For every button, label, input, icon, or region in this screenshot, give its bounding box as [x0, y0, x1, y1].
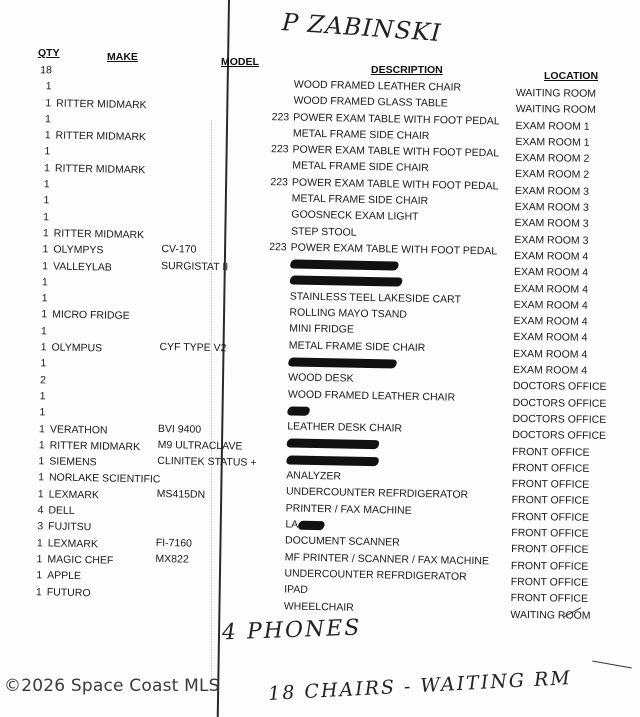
- item-number: 223: [265, 239, 287, 256]
- model-value: [156, 518, 255, 536]
- description-text: ROLLING MAYO TSAND: [289, 307, 407, 321]
- qty-value: 1: [26, 258, 48, 275]
- location-value: FRONT OFFICE: [511, 558, 605, 575]
- location-value: WAITING ROOM: [516, 101, 610, 118]
- model-value: [155, 567, 254, 585]
- qty-value: 1: [26, 241, 48, 258]
- qty-value: 1: [29, 111, 51, 128]
- location-value: EXAM ROOM 4: [514, 264, 608, 281]
- qty-value: 3: [21, 518, 43, 535]
- description-text: UNDERCOUNTER REFRDIGERATOR: [284, 567, 466, 582]
- location-value: FRONT OFFICE: [512, 444, 606, 461]
- model-value: CV-170: [161, 241, 260, 259]
- qty-value: 18: [30, 62, 52, 79]
- description-text: METAL FRAME SIDE CHAIR: [293, 127, 430, 142]
- make-value: RITTER MIDMARK: [54, 227, 145, 241]
- model-value: [164, 95, 263, 113]
- description-text: UNDERCOUNTER REFRDIGERATOR: [286, 486, 468, 501]
- qty-value: 1: [23, 388, 45, 405]
- location-value: EXAM ROOM 3: [515, 183, 609, 200]
- model-value: [160, 306, 259, 324]
- header-make: MAKE: [107, 51, 138, 63]
- make-value: RITTER MIDMARK: [50, 439, 141, 453]
- model-value: [159, 372, 258, 390]
- location-value: EXAM ROOM 4: [513, 313, 607, 330]
- item-number: 223: [266, 141, 288, 158]
- location-value: EXAM ROOM 2: [515, 150, 609, 167]
- qty-value: 1: [22, 453, 44, 470]
- description-text: ANALYZER: [286, 470, 341, 483]
- description-text: WOOD FRAMED GLASS TABLE: [293, 95, 447, 110]
- qty-value: 1: [29, 78, 51, 95]
- description-text: WOOD DESK: [288, 372, 354, 385]
- description-text: WOOD FRAMED LEATHER CHAIR: [294, 78, 461, 93]
- location-value: EXAM ROOM 4: [514, 297, 608, 314]
- qty-make-column: 1811RITTER MIDMARK11RITTER MIDMARK11RITT…: [20, 62, 169, 602]
- location-value: EXAM ROOM 2: [515, 166, 609, 183]
- header-qty: QTY: [38, 47, 60, 59]
- description-text: WHEELCHAIR: [284, 600, 354, 613]
- model-column: CV-170SURGISTAT IICYF TYPE V2BVI 9400M9 …: [155, 62, 264, 602]
- handwritten-note-phones: 4 PHONES: [222, 616, 362, 646]
- description-text: METAL FRAME SIDE CHAIR: [292, 160, 429, 175]
- make-value: FUJITSU: [48, 521, 91, 534]
- description-text: GOOSNECK EXAM LIGHT: [291, 209, 418, 223]
- model-value: CLINITEK STATUS +: [157, 453, 256, 471]
- description-text: METAL FRAME SIDE CHAIR: [289, 339, 426, 354]
- scanned-inventory-page: P ZABINSKI QTY MAKE MODEL DESCRIPTION LO…: [0, 0, 640, 717]
- make-value: RITTER MIDMARK: [55, 162, 146, 176]
- location-value: EXAM ROOM 4: [514, 248, 608, 265]
- model-value: [162, 192, 261, 210]
- header-description: DESCRIPTION: [371, 64, 443, 76]
- location-value: EXAM ROOM 4: [514, 281, 608, 298]
- location-value: EXAM ROOM 4: [513, 329, 607, 346]
- qty-value: 1: [24, 339, 46, 356]
- description-text: IPAD: [284, 584, 308, 596]
- location-value: FRONT OFFICE: [512, 476, 606, 493]
- make-value: VALLEYLAB: [53, 260, 112, 273]
- qty-value: 2: [24, 372, 46, 389]
- description-text: WOOD FRAMED LEATHER CHAIR: [288, 388, 455, 403]
- qty-value: 1: [24, 355, 46, 372]
- qty-value: 1: [20, 583, 42, 600]
- redaction-mark: [289, 259, 399, 270]
- make-value: OLYMPUS: [51, 342, 102, 355]
- qty-value: 1: [22, 469, 44, 486]
- model-value: CYF TYPE V2: [159, 339, 258, 357]
- make-value: RITTER MIDMARK: [56, 97, 147, 111]
- pen-mark: [592, 661, 632, 669]
- item-number: 223: [267, 109, 289, 126]
- model-value: [159, 355, 258, 373]
- description-text: METAL FRAME SIDE CHAIR: [292, 193, 429, 208]
- location-value: DOCTORS OFFICE: [512, 411, 606, 428]
- model-value: [161, 274, 260, 292]
- location-value: DOCTORS OFFICE: [513, 378, 607, 395]
- description-text: MINI FRIDGE: [289, 323, 354, 336]
- model-value: [157, 469, 256, 487]
- qty-value: 1: [28, 127, 50, 144]
- qty-value: 1: [26, 274, 48, 291]
- description-text: POWER EXAM TABLE WITH FOOT PEDAL: [292, 176, 499, 192]
- redaction-mark: [287, 406, 311, 415]
- qty-value: 1: [28, 160, 50, 177]
- model-value: [162, 209, 261, 227]
- model-value: [163, 127, 262, 145]
- description-column: WOOD FRAMED LEATHER CHAIRWOOD FRAMED GLA…: [258, 76, 501, 618]
- make-value: MAGIC CHEF: [47, 553, 113, 566]
- redaction-mark: [297, 520, 325, 529]
- make-value: DELL: [48, 504, 74, 517]
- qty-value: 1: [28, 143, 50, 160]
- description-text: STAINLESS TEEL LAKESIDE CART: [290, 290, 461, 305]
- redaction-mark: [289, 276, 403, 287]
- make-value: RITTER MIDMARK: [55, 130, 146, 144]
- model-value: [158, 388, 257, 406]
- location-value: EXAM ROOM 3: [514, 232, 608, 249]
- qty-value: 1: [29, 95, 51, 112]
- description-row: WHEELCHAIR: [258, 597, 491, 618]
- copyright-watermark: ©2026 Space Coast MLS: [4, 676, 220, 696]
- make-value: APPLE: [47, 570, 81, 583]
- qty-value: 1: [20, 567, 42, 584]
- location-value: DOCTORS OFFICE: [512, 427, 606, 444]
- description-text: LEATHER DESK CHAIR: [287, 421, 402, 435]
- location-value: EXAM ROOM 4: [513, 346, 607, 363]
- location-value: EXAM ROOM 3: [515, 199, 609, 216]
- redaction-mark: [286, 439, 380, 450]
- location-value: EXAM ROOM 1: [515, 118, 609, 135]
- location-value: EXAM ROOM 1: [515, 134, 609, 151]
- location-column: WAITING ROOMWAITING ROOMEXAM ROOM 1EXAM …: [510, 85, 609, 624]
- description-text: MF PRINTER / SCANNER / FAX MACHINE: [285, 551, 489, 567]
- make-value: LEXMARK: [48, 537, 98, 550]
- model-value: [155, 583, 254, 601]
- location-value: FRONT OFFICE: [512, 492, 606, 509]
- model-value: [160, 323, 259, 341]
- make-value: MICRO FRIDGE: [52, 309, 130, 322]
- qty-value: 1: [23, 420, 45, 437]
- qty-value: 1: [21, 535, 43, 552]
- location-value: DOCTORS OFFICE: [513, 395, 607, 412]
- make-value: OLYMPYS: [53, 244, 103, 257]
- handwritten-note-chairs: 18 CHAIRS - WAITING RM: [268, 667, 573, 705]
- location-value: FRONT OFFICE: [511, 525, 605, 542]
- location-value: WAITING ROOM: [516, 85, 610, 102]
- redaction-mark: [287, 357, 397, 368]
- qty-value: 1: [25, 323, 47, 340]
- qty-value: 1: [25, 306, 47, 323]
- header-location: LOCATION: [544, 70, 598, 82]
- model-value: [164, 111, 263, 129]
- inventory-row-qty-make: 1FUTURO: [20, 583, 159, 602]
- model-value: FI-7160: [156, 535, 255, 553]
- model-value: SURGISTAT II: [161, 258, 260, 276]
- model-value: [162, 225, 261, 243]
- description-text: LA: [285, 518, 298, 530]
- location-value: FRONT OFFICE: [511, 541, 605, 558]
- description-text: DOCUMENT SCANNER: [285, 535, 400, 549]
- qty-value: 1: [23, 404, 45, 421]
- qty-value: 1: [27, 176, 49, 193]
- description-text: POWER EXAM TABLE WITH FOOT PEDAL: [293, 111, 500, 127]
- description-text: POWER EXAM TABLE WITH FOOT PEDAL: [291, 241, 498, 257]
- handwritten-signature: P ZABINSKI: [281, 8, 442, 47]
- model-value: [158, 404, 257, 422]
- location-value: FRONT OFFICE: [511, 509, 605, 526]
- description-text: POWER EXAM TABLE WITH FOOT PEDAL: [292, 144, 499, 160]
- model-value: [160, 290, 259, 308]
- qty-value: 4: [21, 502, 43, 519]
- location-value: EXAM ROOM 4: [513, 362, 607, 379]
- make-value: SIEMENS: [49, 456, 96, 469]
- redaction-mark: [286, 455, 380, 466]
- qty-value: 1: [22, 437, 44, 454]
- make-value: FUTURO: [47, 586, 91, 599]
- model-value: [163, 143, 262, 161]
- model-value: [165, 62, 264, 80]
- description-text: PRINTER / FAX MACHINE: [286, 502, 412, 516]
- qty-value: 1: [27, 225, 49, 242]
- location-value: FRONT OFFICE: [512, 460, 606, 477]
- model-value: MS415DN: [157, 486, 256, 504]
- model-value: BVI 9400: [158, 420, 257, 438]
- qty-value: 1: [27, 209, 49, 226]
- qty-value: 1: [25, 290, 47, 307]
- model-value: [164, 78, 263, 96]
- location-value: WAITING ROOM: [510, 606, 604, 623]
- item-number: 223: [266, 174, 288, 191]
- model-value: MX822: [155, 551, 254, 569]
- location-value: FRONT OFFICE: [511, 574, 605, 591]
- make-value: VERATHON: [50, 423, 108, 436]
- model-value: [163, 160, 262, 178]
- qty-value: 1: [22, 486, 44, 503]
- model-value: [162, 176, 261, 194]
- make-value: NORLAKE SCIENTIFIC: [49, 472, 161, 486]
- description-text: STEP STOOL: [291, 225, 357, 238]
- location-value: EXAM ROOM 3: [514, 215, 608, 232]
- location-value: FRONT OFFICE: [511, 590, 605, 607]
- qty-value: 1: [27, 192, 49, 209]
- make-value: LEXMARK: [49, 488, 99, 501]
- model-value: [156, 502, 255, 520]
- model-value: M9 ULTRACLAVE: [157, 437, 256, 455]
- qty-value: 1: [20, 551, 42, 568]
